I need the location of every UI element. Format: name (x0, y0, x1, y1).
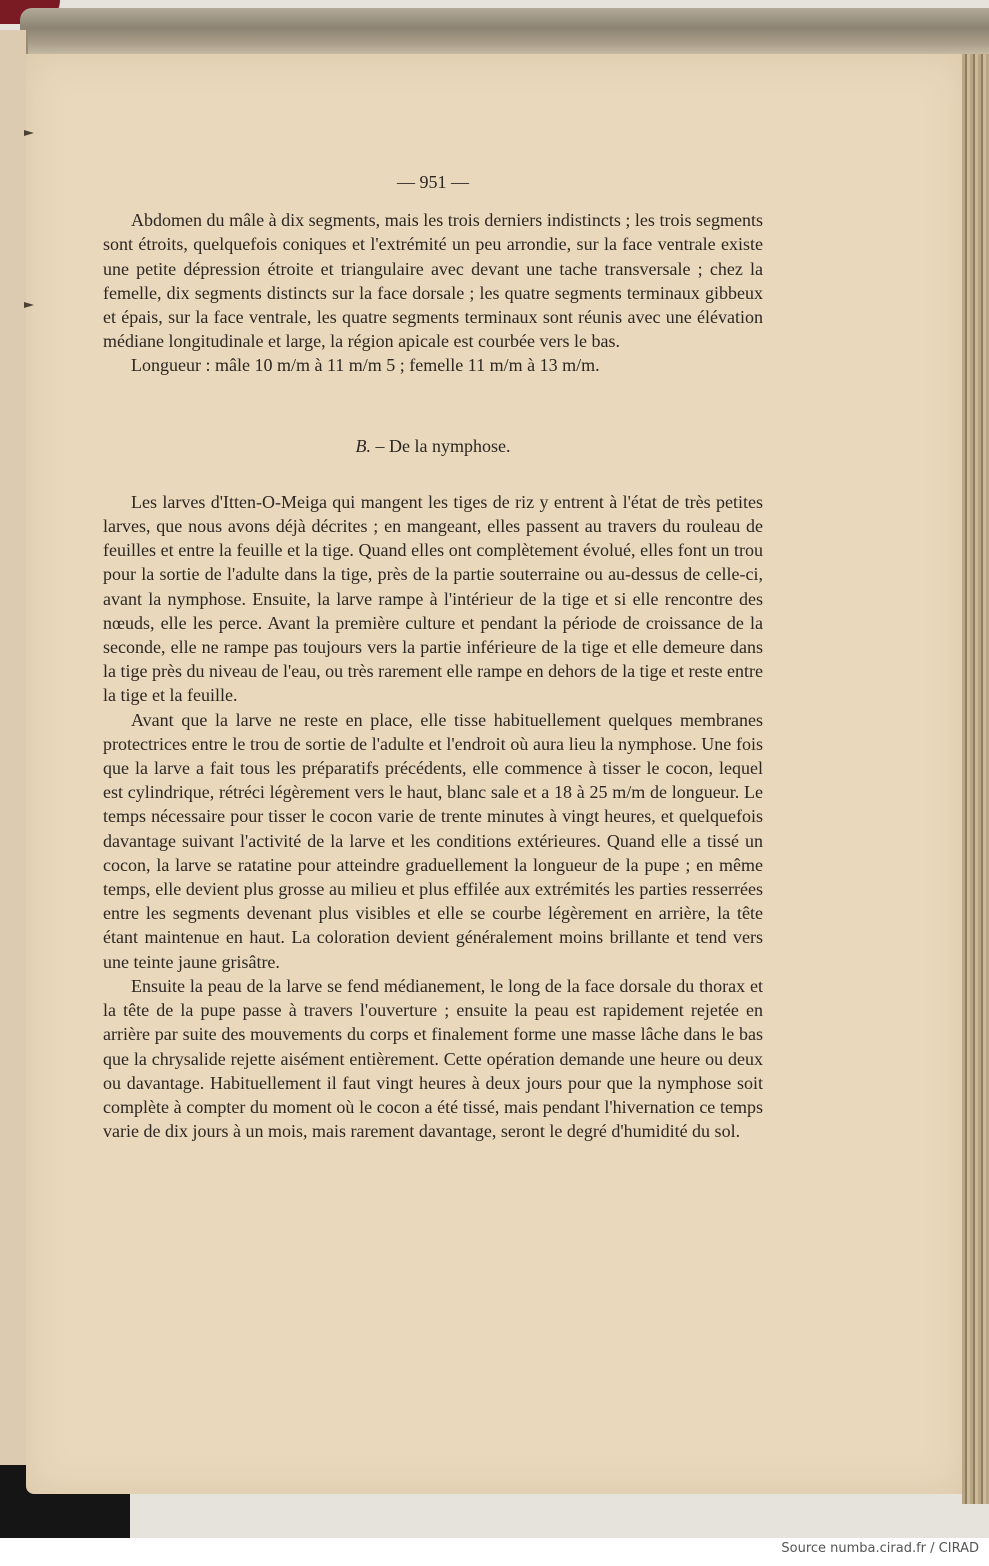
page-number: — 951 — (103, 170, 763, 194)
source-credit: Source numba.cirad.fr / CIRAD (781, 1541, 979, 1556)
paragraph-cocon: Avant que la larve ne reste en place, el… (103, 708, 763, 974)
page-stack-edge (962, 54, 989, 1504)
page-text-block: — 951 — Abdomen du mâle à dix segments, … (103, 170, 763, 1143)
section-title: – De la nymphose. (371, 436, 510, 456)
facing-page-edge (0, 30, 28, 1515)
section-letter: B. (356, 436, 372, 456)
paragraph-larves: Les larves d'Itten-O-Meiga qui mangent l… (103, 490, 763, 708)
paragraph-longueur: Longueur : mâle 10 m/m à 11 m/m 5 ; feme… (103, 353, 763, 377)
paragraph-peau: Ensuite la peau de la larve se fend médi… (103, 974, 763, 1143)
scan-background: — 951 — Abdomen du mâle à dix segments, … (0, 0, 989, 1538)
book-top-edge (20, 8, 989, 58)
paragraph-abdomen: Abdomen du mâle à dix segments, mais les… (103, 208, 763, 353)
section-heading: B. – De la nymphose. (103, 434, 763, 458)
